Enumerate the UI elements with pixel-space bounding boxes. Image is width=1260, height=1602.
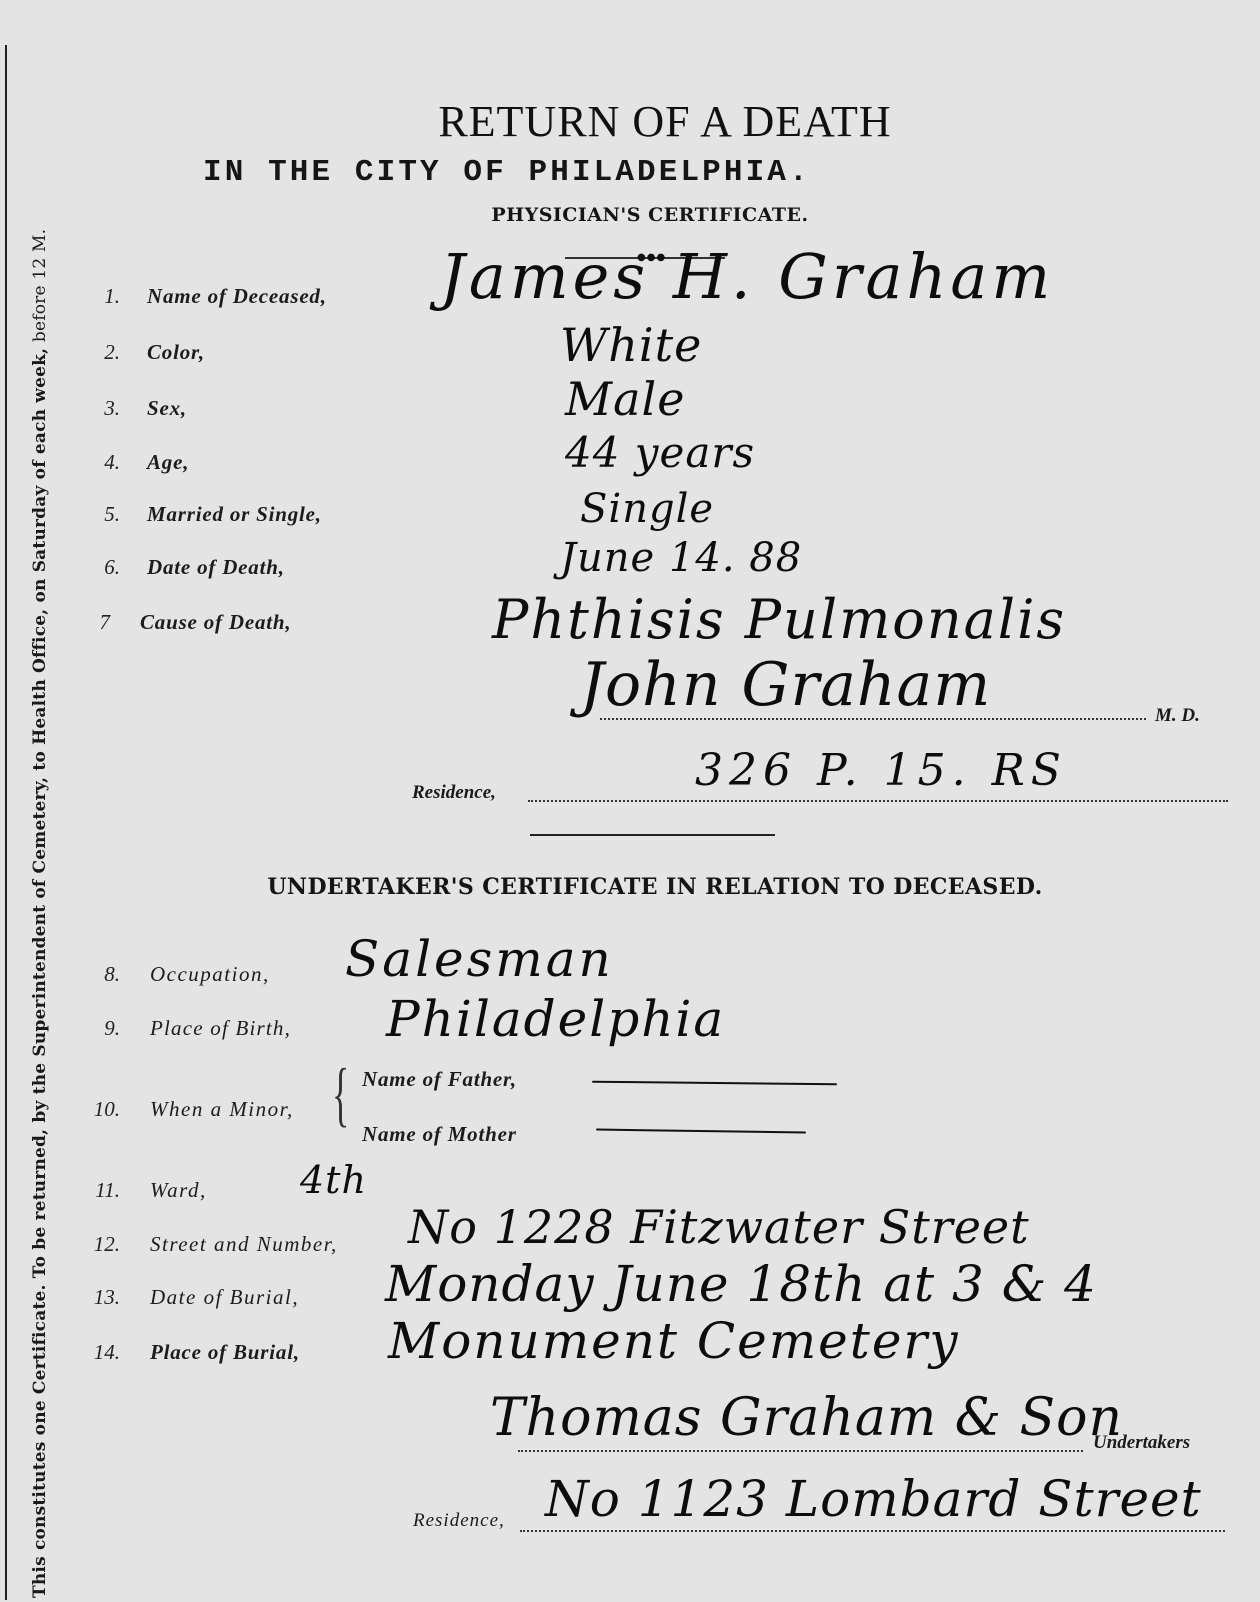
undertaker-residence-value: No 1123 Lombard Street [545,1470,1202,1528]
field-number: 12. [80,1232,120,1257]
side-note-bold: This constitutes one Certificate. To be … [30,348,50,1598]
undertaker-residence-label: Residence, [413,1510,505,1532]
section-divider [530,834,775,836]
physician-signature-line [600,718,1146,720]
undertaker-signature: Thomas Graham & Son [490,1388,1123,1448]
md-label: M. D. [1155,705,1200,727]
physician-residence-label: Residence, [412,782,496,804]
field-number: 13. [80,1285,120,1310]
field-value-date-of-burial: Monday June 18th at 3 & 4 [385,1255,1097,1313]
physician-signature: John Graham [580,650,991,720]
side-note-light: before 12 M. [30,229,50,348]
brace-glyph: { [332,1058,349,1130]
field-label-sex: Sex, [147,396,187,421]
field-label-place-of-birth: Place of Birth, [150,1016,291,1041]
document-subtitle: IN THE CITY OF PHILADELPHIA. [203,155,1123,190]
field-value-place-of-burial: Monument Cemetery [388,1312,960,1370]
physician-section-heading: PHYSICIAN'S CERTIFICATE. [0,204,1260,226]
field-number: 8. [80,962,120,987]
field-value-color: White [560,318,702,372]
field-value-ward: 4th [300,1158,367,1202]
field-label-when-a-minor: When a Minor, [150,1097,294,1122]
field-value-occupation: Salesman [345,930,614,988]
field-label-married-or-single: Married or Single, [147,502,322,527]
field-value-age: 44 years [565,428,755,477]
field-number: 5. [80,502,120,527]
undertakers-label: Undertakers [1093,1432,1190,1454]
field-number: 1. [80,284,120,309]
undertaker-section-heading: UNDERTAKER'S CERTIFICATE IN RELATION TO … [0,874,1260,900]
field-label-age: Age, [147,450,189,475]
field-label-name-of-deceased: Name of Deceased, [147,284,327,309]
field-label-name-of-father: Name of Father, [362,1067,517,1092]
field-label-occupation: Occupation, [150,962,270,987]
field-value-name-of-deceased: James H. Graham [440,240,1054,313]
field-value-sex: Male [565,372,685,426]
physician-residence-line [528,800,1228,802]
field-number: 6. [80,555,120,580]
undertaker-residence-line [520,1530,1225,1532]
margin-rule [5,45,7,1600]
field-number: 14. [80,1340,120,1365]
father-blank-stroke [592,1081,837,1086]
field-number: 7 [70,610,110,635]
field-label-date-of-burial: Date of Burial, [150,1285,299,1310]
field-label-cause-of-death: Cause of Death, [140,610,291,635]
field-label-ward: Ward, [150,1178,207,1203]
field-value-street-and-number: No 1228 Fitzwater Street [408,1200,1030,1254]
physician-residence-value: 326 P. 15. RS [695,745,1067,796]
field-number: 9. [80,1016,120,1041]
field-number: 2. [80,340,120,365]
field-label-street-and-number: Street and Number, [150,1232,338,1257]
field-label-color: Color, [147,340,205,365]
field-value-date-of-death: June 14. 88 [560,535,802,581]
field-number: 4. [80,450,120,475]
field-number: 3. [80,396,120,421]
field-value-place-of-birth: Philadelphia [386,990,725,1048]
field-label-date-of-death: Date of Death, [147,555,285,580]
field-label-name-of-mother: Name of Mother [362,1122,517,1147]
field-label-place-of-burial: Place of Burial, [150,1340,300,1365]
undertaker-signature-line [518,1450,1083,1452]
side-instruction-note: This constitutes one Certificate. To be … [30,229,50,1598]
field-value-cause-of-death: Phthisis Pulmonalis [492,588,1066,651]
field-number: 10. [80,1097,120,1122]
document-title: RETURN OF A DEATH [0,96,1260,147]
field-value-married-or-single: Single [580,486,714,532]
mother-blank-stroke [596,1129,806,1134]
field-number: 11. [80,1178,120,1203]
